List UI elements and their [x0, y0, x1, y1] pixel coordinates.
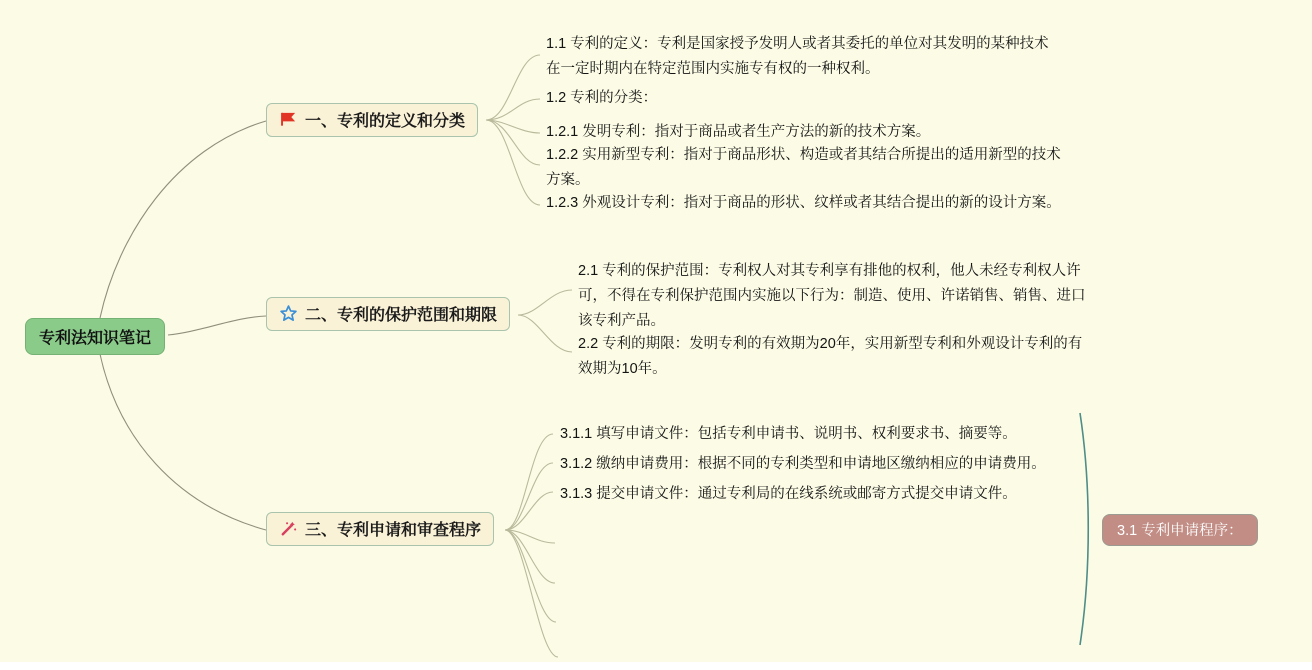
edge-b1-leaf121: [486, 120, 540, 133]
edge-b1-leaf123: [486, 120, 540, 205]
leaf-topic-2-1[interactable]: 2.1 专利的保护范围：专利权人对其专利享有排他的权利，他人未经专利权人许可，不…: [578, 259, 1096, 334]
magic-wand-icon: [279, 519, 298, 538]
edge-b2-leaf22: [518, 315, 572, 352]
root-topic[interactable]: 专利法知识笔记: [25, 318, 165, 355]
edge-b3-leaf311: [505, 434, 553, 530]
leaf-topic-1-2-2[interactable]: 1.2.2 实用新型专利：指对于商品形状、构造或者其结合所提出的适用新型的技术方…: [546, 143, 1062, 193]
bottom-strip: [0, 662, 1312, 670]
edge-b3-leaf312: [505, 463, 553, 530]
branch-topic-application-procedure[interactable]: 三、专利申请和审查程序: [266, 512, 494, 546]
leaf-topic-3-1-1[interactable]: 3.1.1 填写申请文件：包括专利申请书、说明书、权利要求书、摘要等。: [560, 422, 1017, 447]
edge-root-branch2: [168, 316, 266, 335]
edge-b1-leaf11: [486, 55, 540, 120]
blue-star-icon: [279, 304, 298, 323]
edge-b1-leaf122: [486, 120, 540, 165]
branch-label: 一、专利的定义和分类: [305, 108, 465, 131]
leaf-topic-1-2-1[interactable]: 1.2.1 发明专利：指对于商品或者生产方法的新的技术方案。: [546, 120, 930, 145]
edge-b3-stub3: [505, 530, 556, 622]
edge-b2-leaf21: [518, 290, 572, 315]
leaf-topic-3-1-3[interactable]: 3.1.3 提交申请文件：通过专利局的在线系统或邮寄方式提交申请文件。: [560, 482, 1017, 507]
branch-topic-scope-term[interactable]: 二、专利的保护范围和期限: [266, 297, 510, 331]
red-flag-icon: [279, 110, 298, 129]
leaf-topic-1-2[interactable]: 1.2 专利的分类：: [546, 86, 657, 111]
mindmap-canvas: 专利法知识笔记 一、专利的定义和分类 二、专利的保护范围和期限: [0, 0, 1312, 662]
edge-b3-stub2: [505, 530, 555, 583]
leaf-topic-2-2[interactable]: 2.2 专利的期限：发明专利的有效期为20年，实用新型专利和外观设计专利的有效期…: [578, 332, 1096, 382]
branch-label: 二、专利的保护范围和期限: [305, 302, 497, 325]
edge-b3-stub4: [505, 530, 558, 657]
summary-topic[interactable]: 3.1 专利申请程序：: [1102, 514, 1258, 546]
branch-label: 三、专利申请和审查程序: [305, 517, 481, 540]
leaf-topic-1-2-3[interactable]: 1.2.3 外观设计专利：指对于商品的形状、纹样或者其结合提出的新的设计方案。: [546, 191, 1061, 216]
edge-b3-stub1: [505, 530, 555, 543]
edge-root-branch1: [100, 121, 266, 318]
edge-b1-leaf12: [486, 99, 540, 120]
summary-bracket: [1080, 413, 1088, 645]
branch-topic-definitions[interactable]: 一、专利的定义和分类: [266, 103, 478, 137]
edge-root-branch3: [100, 354, 266, 530]
edge-b3-leaf313: [505, 492, 553, 530]
leaf-topic-1-1[interactable]: 1.1 专利的定义：专利是国家授予发明人或者其委托的单位对其发明的某种技术在一定…: [546, 32, 1062, 82]
leaf-topic-3-1-2[interactable]: 3.1.2 缴纳申请费用：根据不同的专利类型和申请地区缴纳相应的申请费用。: [560, 452, 1046, 477]
